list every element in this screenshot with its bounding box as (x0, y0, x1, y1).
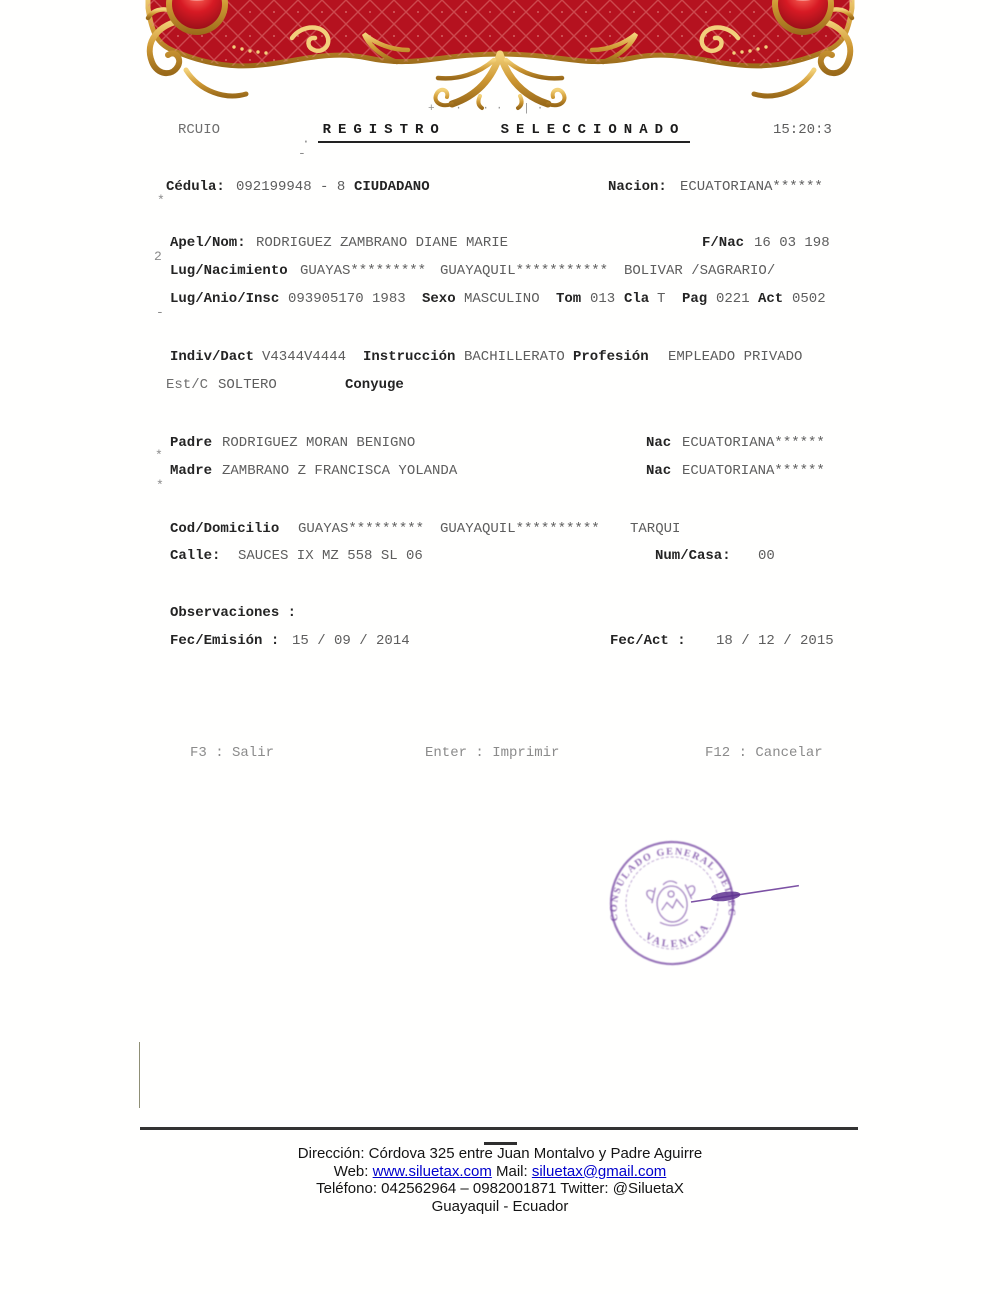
nacion-value: ECUATORIANA****** (680, 179, 823, 195)
observations-row: Observaciones : (140, 605, 864, 625)
father-nat-value: ECUATORIANA****** (682, 435, 825, 451)
pagina-label: Pag (682, 291, 707, 307)
consulate-stamp: CONSULADO GENERAL DEL ECUADOR VALENCIA (588, 814, 819, 1001)
time-display: 15:20:3 (773, 122, 832, 138)
issue-date-value: 15 / 09 / 2014 (292, 633, 410, 649)
domicile-label: Cod/Domicilio (170, 521, 279, 537)
birthdate-label: F/Nac (702, 235, 744, 251)
father-nat-label: Nac (646, 435, 671, 451)
tomo-label: Tom (556, 291, 581, 307)
mother-label: Madre (170, 463, 212, 479)
scanned-registry-document: + · ·· |· RCUIO REGISTRO SELECCIONADO 15… (0, 0, 1000, 1294)
registry-text-area: RCUIO REGISTRO SELECCIONADO 15:20:3 · - … (140, 0, 864, 1294)
web-label: Web: (334, 1163, 369, 1180)
mother-nat-label: Nac (646, 463, 671, 479)
dactilar-label: Indiv/Dact (170, 349, 254, 365)
fkey-cancel: F12 : Cancelar (705, 745, 823, 761)
profession-label: Profesión (573, 349, 649, 365)
fkey-exit: F3 : Salir (190, 745, 274, 761)
acta-label: Act (758, 291, 783, 307)
footer-city: Guayaquil - Ecuador (140, 1198, 860, 1216)
father-row: Padre RODRIGUEZ MORAN BENIGNO Nac ECUATO… (140, 435, 864, 455)
domicile-row: Cod/Domicilio GUAYAS********* GUAYAQUIL*… (140, 521, 864, 541)
acta-value: 0502 (792, 291, 826, 307)
birthplace-city: GUAYAQUIL*********** (440, 263, 608, 279)
father-label: Padre (170, 435, 212, 451)
cedula-value: 092199948 - 8 (236, 179, 345, 195)
update-date-value: 18 / 12 / 2015 (716, 633, 834, 649)
street-label: Calle: (170, 548, 220, 564)
inscription-value: 093905170 1983 (288, 291, 406, 307)
sex-value: MASCULINO (464, 291, 540, 307)
cedula-row: Cédula: 092199948 - 8 CIUDADANO Nacion: … (140, 179, 864, 199)
function-keys-row: F3 : Salir Enter : Imprimir F12 : Cancel… (140, 745, 864, 765)
domicile-province: GUAYAS********* (298, 521, 424, 537)
street-row: Calle: SAUCES IX MZ 558 SL 06 Num/Casa: … (140, 548, 864, 568)
nacion-label: Nacion: (608, 179, 667, 195)
header-row: RCUIO REGISTRO SELECCIONADO 15:20:3 (140, 122, 864, 142)
issue-date-label: Fec/Emisión : (170, 633, 279, 649)
name-label: Apel/Nom: (170, 235, 246, 251)
mother-row: Madre ZAMBRANO Z FRANCISCA YOLANDA Nac E… (140, 463, 864, 483)
dactilar-value: V4344V4444 (262, 349, 346, 365)
clase-label: Cla (624, 291, 649, 307)
inscription-row: Lug/Anio/Insc 093905170 1983 Sexo MASCUL… (140, 291, 864, 311)
pen-stroke (690, 884, 799, 905)
scan-dash: - (298, 146, 306, 161)
birthplace-label: Lug/Nacimiento (170, 263, 288, 279)
footer-address: Dirección: Córdova 325 entre Juan Montal… (140, 1145, 860, 1163)
fkey-print: Enter : Imprimir (425, 745, 559, 761)
cedula-type: CIUDADANO (354, 179, 430, 195)
scan-artifact-line (139, 1042, 140, 1108)
web-link[interactable]: www.siluetax.com (373, 1163, 492, 1180)
status-value: SOLTERO (218, 377, 277, 393)
housenum-value: 00 (758, 548, 775, 564)
mail-link[interactable]: siluetax@gmail.com (532, 1163, 666, 1180)
domicile-parish: TARQUI (630, 521, 680, 537)
wrap-digit: 2 (154, 249, 162, 264)
margin-star: * (155, 448, 163, 463)
margin-star: * (156, 478, 164, 493)
page-title: REGISTRO SELECCIONADO (318, 122, 690, 143)
father-name: RODRIGUEZ MORAN BENIGNO (222, 435, 415, 451)
spouse-label: Conyuge (345, 377, 404, 393)
street-value: SAUCES IX MZ 558 SL 06 (238, 548, 423, 564)
sex-label: Sexo (422, 291, 456, 307)
footer-rule (140, 1127, 858, 1130)
program-code: RCUIO (178, 122, 220, 138)
observations-label: Observaciones : (170, 605, 296, 621)
footer-links-line: Web: www.siluetax.com Mail: siluetax@gma… (140, 1163, 860, 1181)
birthplace-parish: BOLIVAR /SAGRARIO/ (624, 263, 775, 279)
update-date-label: Fec/Act : (610, 633, 686, 649)
footer: Dirección: Córdova 325 entre Juan Montal… (140, 1145, 860, 1215)
footer-phone: Teléfono: 042562964 – 0982001871 Twitter… (140, 1180, 860, 1198)
birthplace-row: Lug/Nacimiento GUAYAS********* GUAYAQUIL… (140, 263, 864, 283)
inscription-label: Lug/Anio/Insc (170, 291, 279, 307)
status-label: Est/C (166, 377, 208, 393)
instruction-value: BACHILLERATO (464, 349, 565, 365)
scan-dash: - (156, 305, 164, 320)
name-value: RODRIGUEZ ZAMBRANO DIANE MARIE (256, 235, 508, 251)
domicile-city: GUAYAQUIL********** (440, 521, 600, 537)
individual-row: Indiv/Dact V4344V4444 Instrucción BACHIL… (140, 349, 864, 369)
name-row: Apel/Nom: RODRIGUEZ ZAMBRANO DIANE MARIE… (140, 235, 864, 255)
birthplace-province: GUAYAS********* (300, 263, 426, 279)
tomo-value: 013 (590, 291, 615, 307)
mother-nat-value: ECUATORIANA****** (682, 463, 825, 479)
instruction-label: Instrucción (363, 349, 455, 365)
housenum-label: Num/Casa: (655, 548, 731, 564)
dates-row: Fec/Emisión : 15 / 09 / 2014 Fec/Act : 1… (140, 633, 864, 653)
margin-star: * (157, 193, 165, 208)
pagina-value: 0221 (716, 291, 750, 307)
civil-status-row: Est/C SOLTERO Conyuge (140, 377, 864, 397)
birthdate-value: 16 03 198 (754, 235, 830, 251)
mail-label: Mail: (496, 1163, 528, 1180)
cedula-label: Cédula: (166, 179, 225, 195)
mother-name: ZAMBRANO Z FRANCISCA YOLANDA (222, 463, 457, 479)
clase-value: T (657, 291, 665, 307)
profession-value: EMPLEADO PRIVADO (668, 349, 802, 365)
